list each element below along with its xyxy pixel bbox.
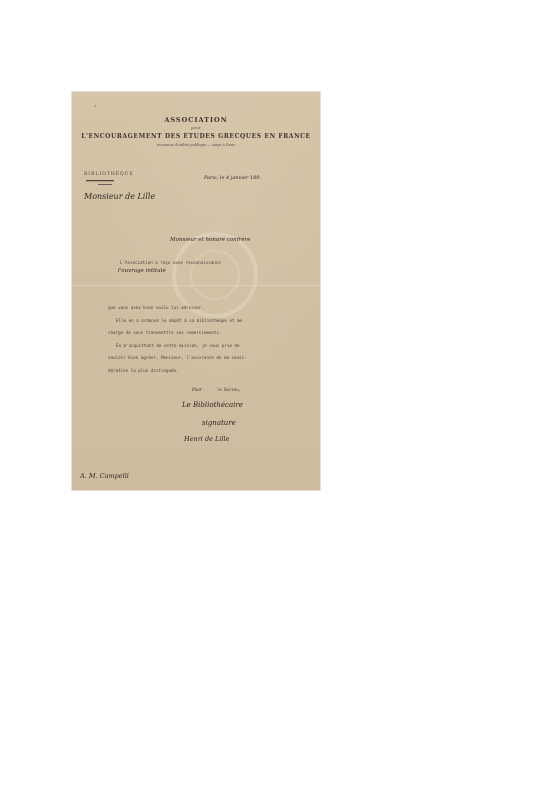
library-heading: BIBLIOTHÈQUE (84, 172, 134, 177)
signature-3: Henri de Lille (184, 435, 229, 443)
body-line-title: l'ouvrage intitulé (118, 268, 166, 274)
divider (98, 184, 112, 185)
signature-2: signature (202, 419, 236, 427)
letterhead-subtitle: L'ENCOURAGEMENT DES ÉTUDES GRECQUES EN F… (72, 133, 320, 140)
ink-mark: ‚ (94, 100, 96, 108)
body-line: dération la plus distinguée. (108, 368, 179, 373)
body-line: vouloir bien agréer, Monsieur, l'assuran… (108, 355, 247, 360)
recipient-name: Monsieur de Lille (84, 192, 155, 201)
closing-bureau: le Bureau, (217, 387, 241, 392)
salutation: Monsieur et honoré confrère (170, 237, 251, 243)
closing-pour: Pour (192, 387, 202, 392)
letterhead-pour: pour (72, 125, 320, 130)
body-line: que vous avez bien voulu lui adresser. (108, 305, 204, 310)
letter-date: Paris, le 4 janvier 189. (204, 175, 261, 181)
body-line: L'Association a reçu avec reconnaissance (120, 260, 221, 265)
library-subheading: ——————— (86, 178, 114, 183)
body-line: charge de vous transmettre ses remerciem… (108, 330, 221, 335)
letterhead-address: reconnue d'utilité publique — siège à Pa… (72, 143, 320, 147)
signature-librarian: Le Bibliothécaire (182, 401, 243, 409)
signature-annotation: A. M. Campelli (80, 472, 129, 480)
scanned-letter: ‚ ASSOCIATION pour L'ENCOURAGEMENT DES É… (72, 92, 320, 490)
body-line: Elle en a ordonné le dépôt à sa biblioth… (116, 318, 242, 323)
letterhead-title: ASSOCIATION (72, 116, 320, 124)
body-line: En m'acquittant de cette mission, je vou… (116, 343, 240, 348)
